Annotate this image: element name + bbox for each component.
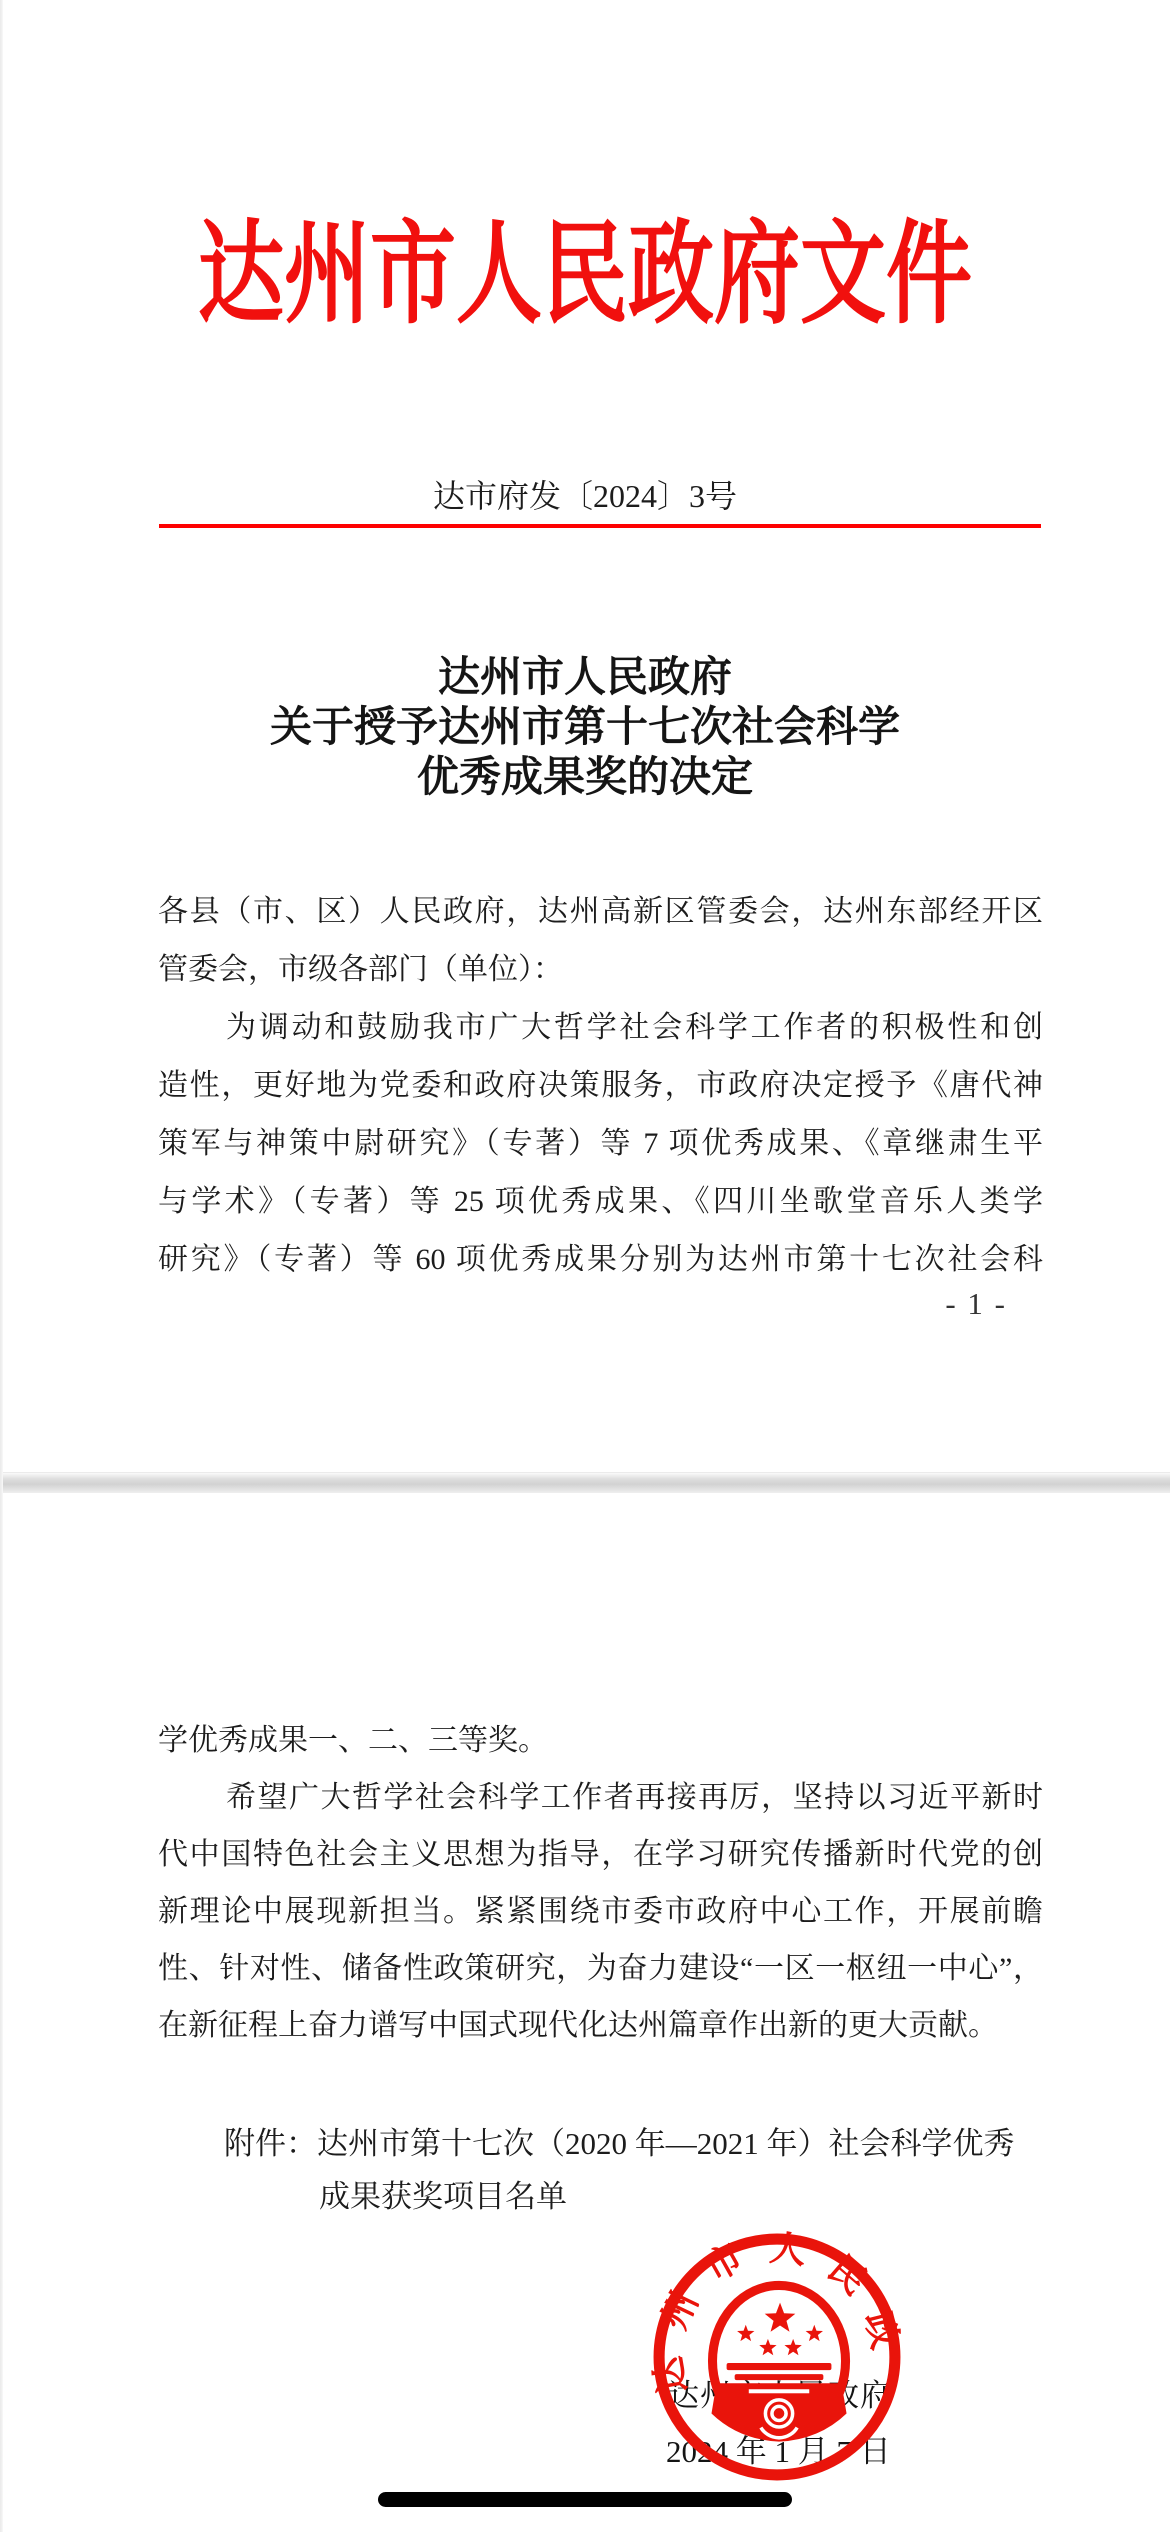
page-gap-divider bbox=[0, 1472, 1170, 1493]
body-text-line: 性、针对性、储备性政策研究，为奋力建设“一区一枢纽一中心”， bbox=[158, 1948, 1043, 1990]
page-number: - 1 - bbox=[945, 1286, 1007, 1322]
body-text-line: 为调动和鼓励我市广大哲学社会科学工作者的积极性和创 bbox=[226, 1007, 1043, 1049]
document-number: 达市府发〔2024〕3号 bbox=[0, 479, 1170, 513]
letterhead-red-rule bbox=[159, 524, 1041, 528]
official-seal-graphic: 达州市人民政府 bbox=[650, 2228, 904, 2486]
attachment-reference-line-2: 成果获奖项目名单 bbox=[319, 2177, 567, 2217]
document-page-2: 学优秀成果一、二、三等奖。 希望广大哲学社会科学工作者再接再厉，坚持以习近平新时… bbox=[0, 1493, 1170, 2532]
body-text-line: 研究》（专著）等 60 项优秀成果分别为达州市第十七次社会科 bbox=[158, 1239, 1043, 1281]
body-text-line: 学优秀成果一、二、三等奖。 bbox=[158, 1720, 1043, 1762]
document-viewer[interactable]: 达州市人民政府文件 达市府发〔2024〕3号 达州市人民政府 关于授予达州市第十… bbox=[0, 0, 1170, 2532]
home-indicator[interactable] bbox=[378, 2492, 792, 2507]
title-line-2: 关于授予达州市第十七次社会科学 bbox=[0, 703, 1170, 753]
body-text-line: 管委会，市级各部门（单位）： bbox=[158, 949, 1043, 991]
national-emblem-icon bbox=[711, 2285, 846, 2441]
title-line-1: 达州市人民政府 bbox=[0, 653, 1170, 703]
attachment-reference-line-1: 附件：达州市第十七次（2020 年—2021 年）社会科学优秀 bbox=[224, 2124, 1015, 2164]
body-text-line: 策军与神策中尉研究》（专著）等 7 项优秀成果、《章继肃生平 bbox=[158, 1123, 1043, 1165]
body-text-line: 造性，更好地为党委和政府决策服务，市政府决定授予《唐代神 bbox=[158, 1065, 1043, 1107]
official-seal: 达州市人民政府 bbox=[650, 2228, 904, 2486]
body-text-line: 与学术》（专著）等 25 项优秀成果、《四川坐歌堂音乐人类学 bbox=[158, 1181, 1043, 1223]
body-text-line: 各县（市、区）人民政府，达州高新区管委会，达州东部经开区 bbox=[158, 891, 1043, 933]
document-page-1: 达州市人民政府文件 达市府发〔2024〕3号 达州市人民政府 关于授予达州市第十… bbox=[0, 0, 1170, 1472]
body-text-line: 希望广大哲学社会科学工作者再接再厉，坚持以习近平新时 bbox=[226, 1777, 1043, 1819]
title-line-3: 优秀成果奖的决定 bbox=[0, 753, 1170, 803]
body-text-line: 在新征程上奋力谱写中国式现代化达州篇章作出新的更大贡献。 bbox=[158, 2005, 1043, 2047]
body-text-line: 新理论中展现新担当。紧紧围绕市委市政府中心工作，开展前瞻 bbox=[158, 1891, 1043, 1933]
page-left-edge-shadow bbox=[0, 0, 3, 2532]
body-text-line: 代中国特色社会主义思想为指导，在学习研究传播新时代党的创 bbox=[158, 1834, 1043, 1876]
document-title: 达州市人民政府 关于授予达州市第十七次社会科学 优秀成果奖的决定 bbox=[0, 653, 1170, 803]
red-letterhead-title: 达州市人民政府文件 bbox=[0, 219, 1170, 331]
